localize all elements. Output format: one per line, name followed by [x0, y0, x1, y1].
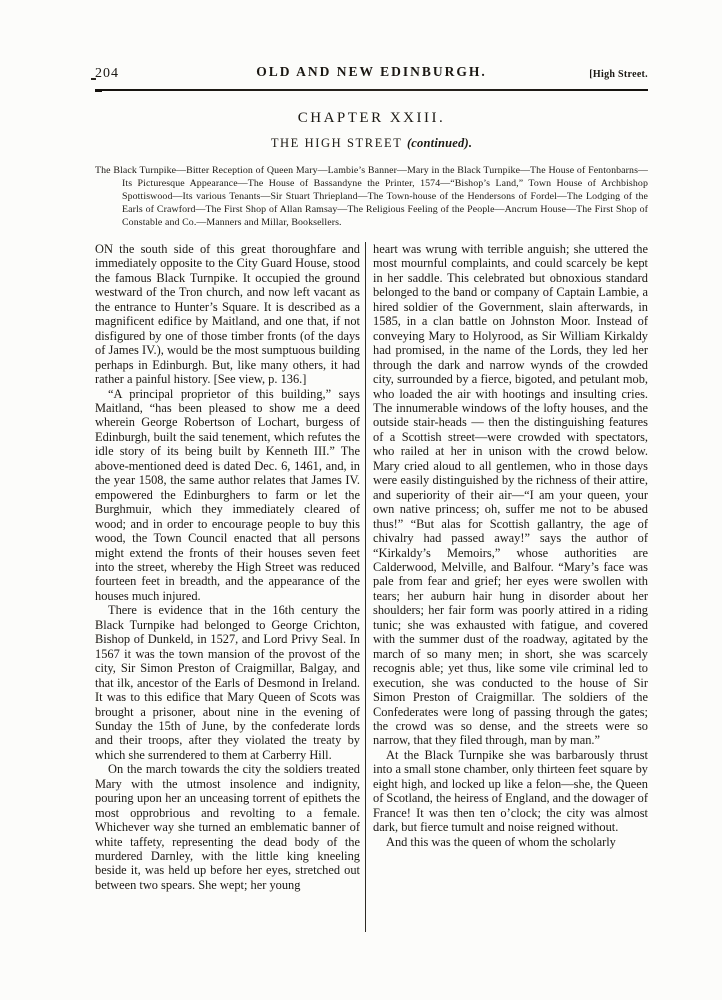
body-paragraph: “A principal proprietor of this building… [95, 387, 360, 604]
body-paragraph: ON the south side of this great thorough… [95, 242, 360, 387]
section-heading: THE HIGH STREET (continued). [95, 136, 648, 151]
page-header: 204 OLD AND NEW EDINBURGH. [High Street. [95, 64, 648, 84]
section-title-text: THE HIGH STREET [271, 136, 407, 150]
body-paragraph: At the Black Turnpike she was barbarousl… [373, 748, 648, 835]
body-paragraph: There is evidence that in the 16th centu… [95, 603, 360, 762]
page-number: 204 [95, 66, 119, 82]
left-column: ON the south side of this great thorough… [95, 242, 360, 932]
book-page: 204 OLD AND NEW EDINBURGH. [High Street.… [0, 0, 722, 1000]
body-paragraph: And this was the queen of whom the schol… [373, 835, 648, 849]
page-content: 204 OLD AND NEW EDINBURGH. [High Street.… [95, 64, 648, 932]
text-columns: ON the south side of this great thorough… [95, 242, 648, 932]
header-rule [95, 89, 648, 91]
column-divider [365, 242, 366, 932]
chapter-synopsis: The Black Turnpike—Bitter Reception of Q… [95, 164, 648, 229]
body-paragraph: heart was wrung with terrible anguish; s… [373, 242, 648, 748]
running-title: OLD AND NEW EDINBURGH. [256, 64, 487, 80]
right-column: heart was wrung with terrible anguish; s… [373, 242, 648, 932]
section-continued-text: (continued). [407, 136, 472, 150]
chapter-heading: CHAPTER XXIII. [95, 110, 648, 127]
running-side-note: [High Street. [589, 69, 648, 80]
body-paragraph: On the march towards the city the soldie… [95, 762, 360, 892]
